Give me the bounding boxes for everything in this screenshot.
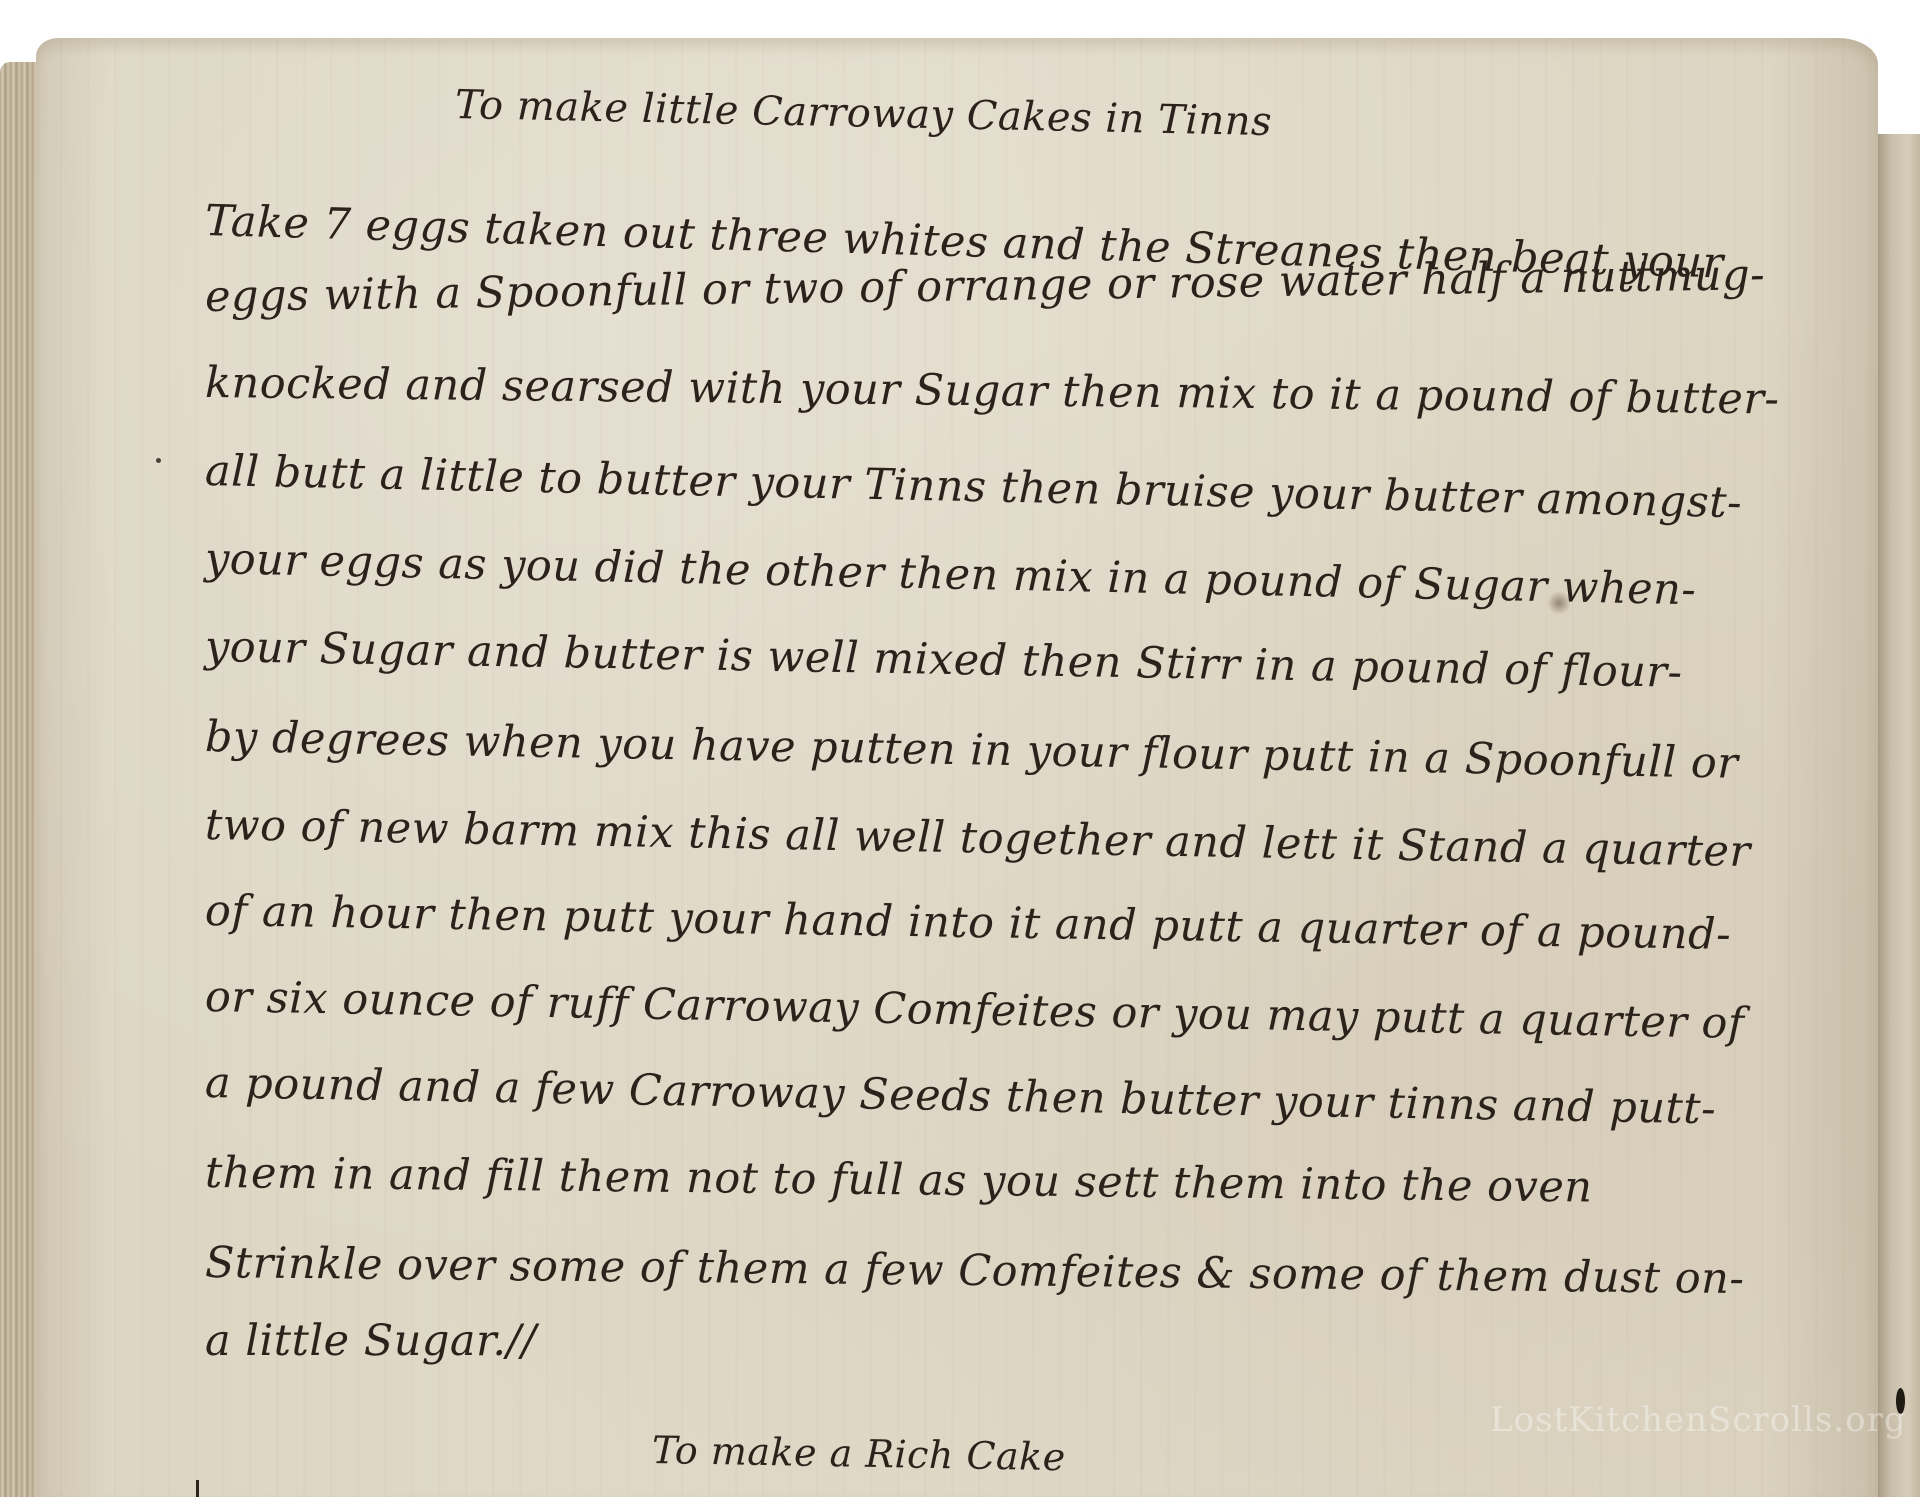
next-line-ink-fragment (196, 1480, 209, 1497)
next-recipe-title: To make a Rich Cake (652, 1428, 1066, 1479)
recipe-line-14: a little Sugar.// (205, 1316, 537, 1366)
margin-ink-dot (156, 458, 161, 463)
manuscript-scene: To make little Carroway Cakes in Tinns T… (0, 0, 1920, 1497)
right-page-edges (1878, 134, 1920, 1497)
site-watermark: LostKitchenScrolls.org (1490, 1400, 1907, 1440)
